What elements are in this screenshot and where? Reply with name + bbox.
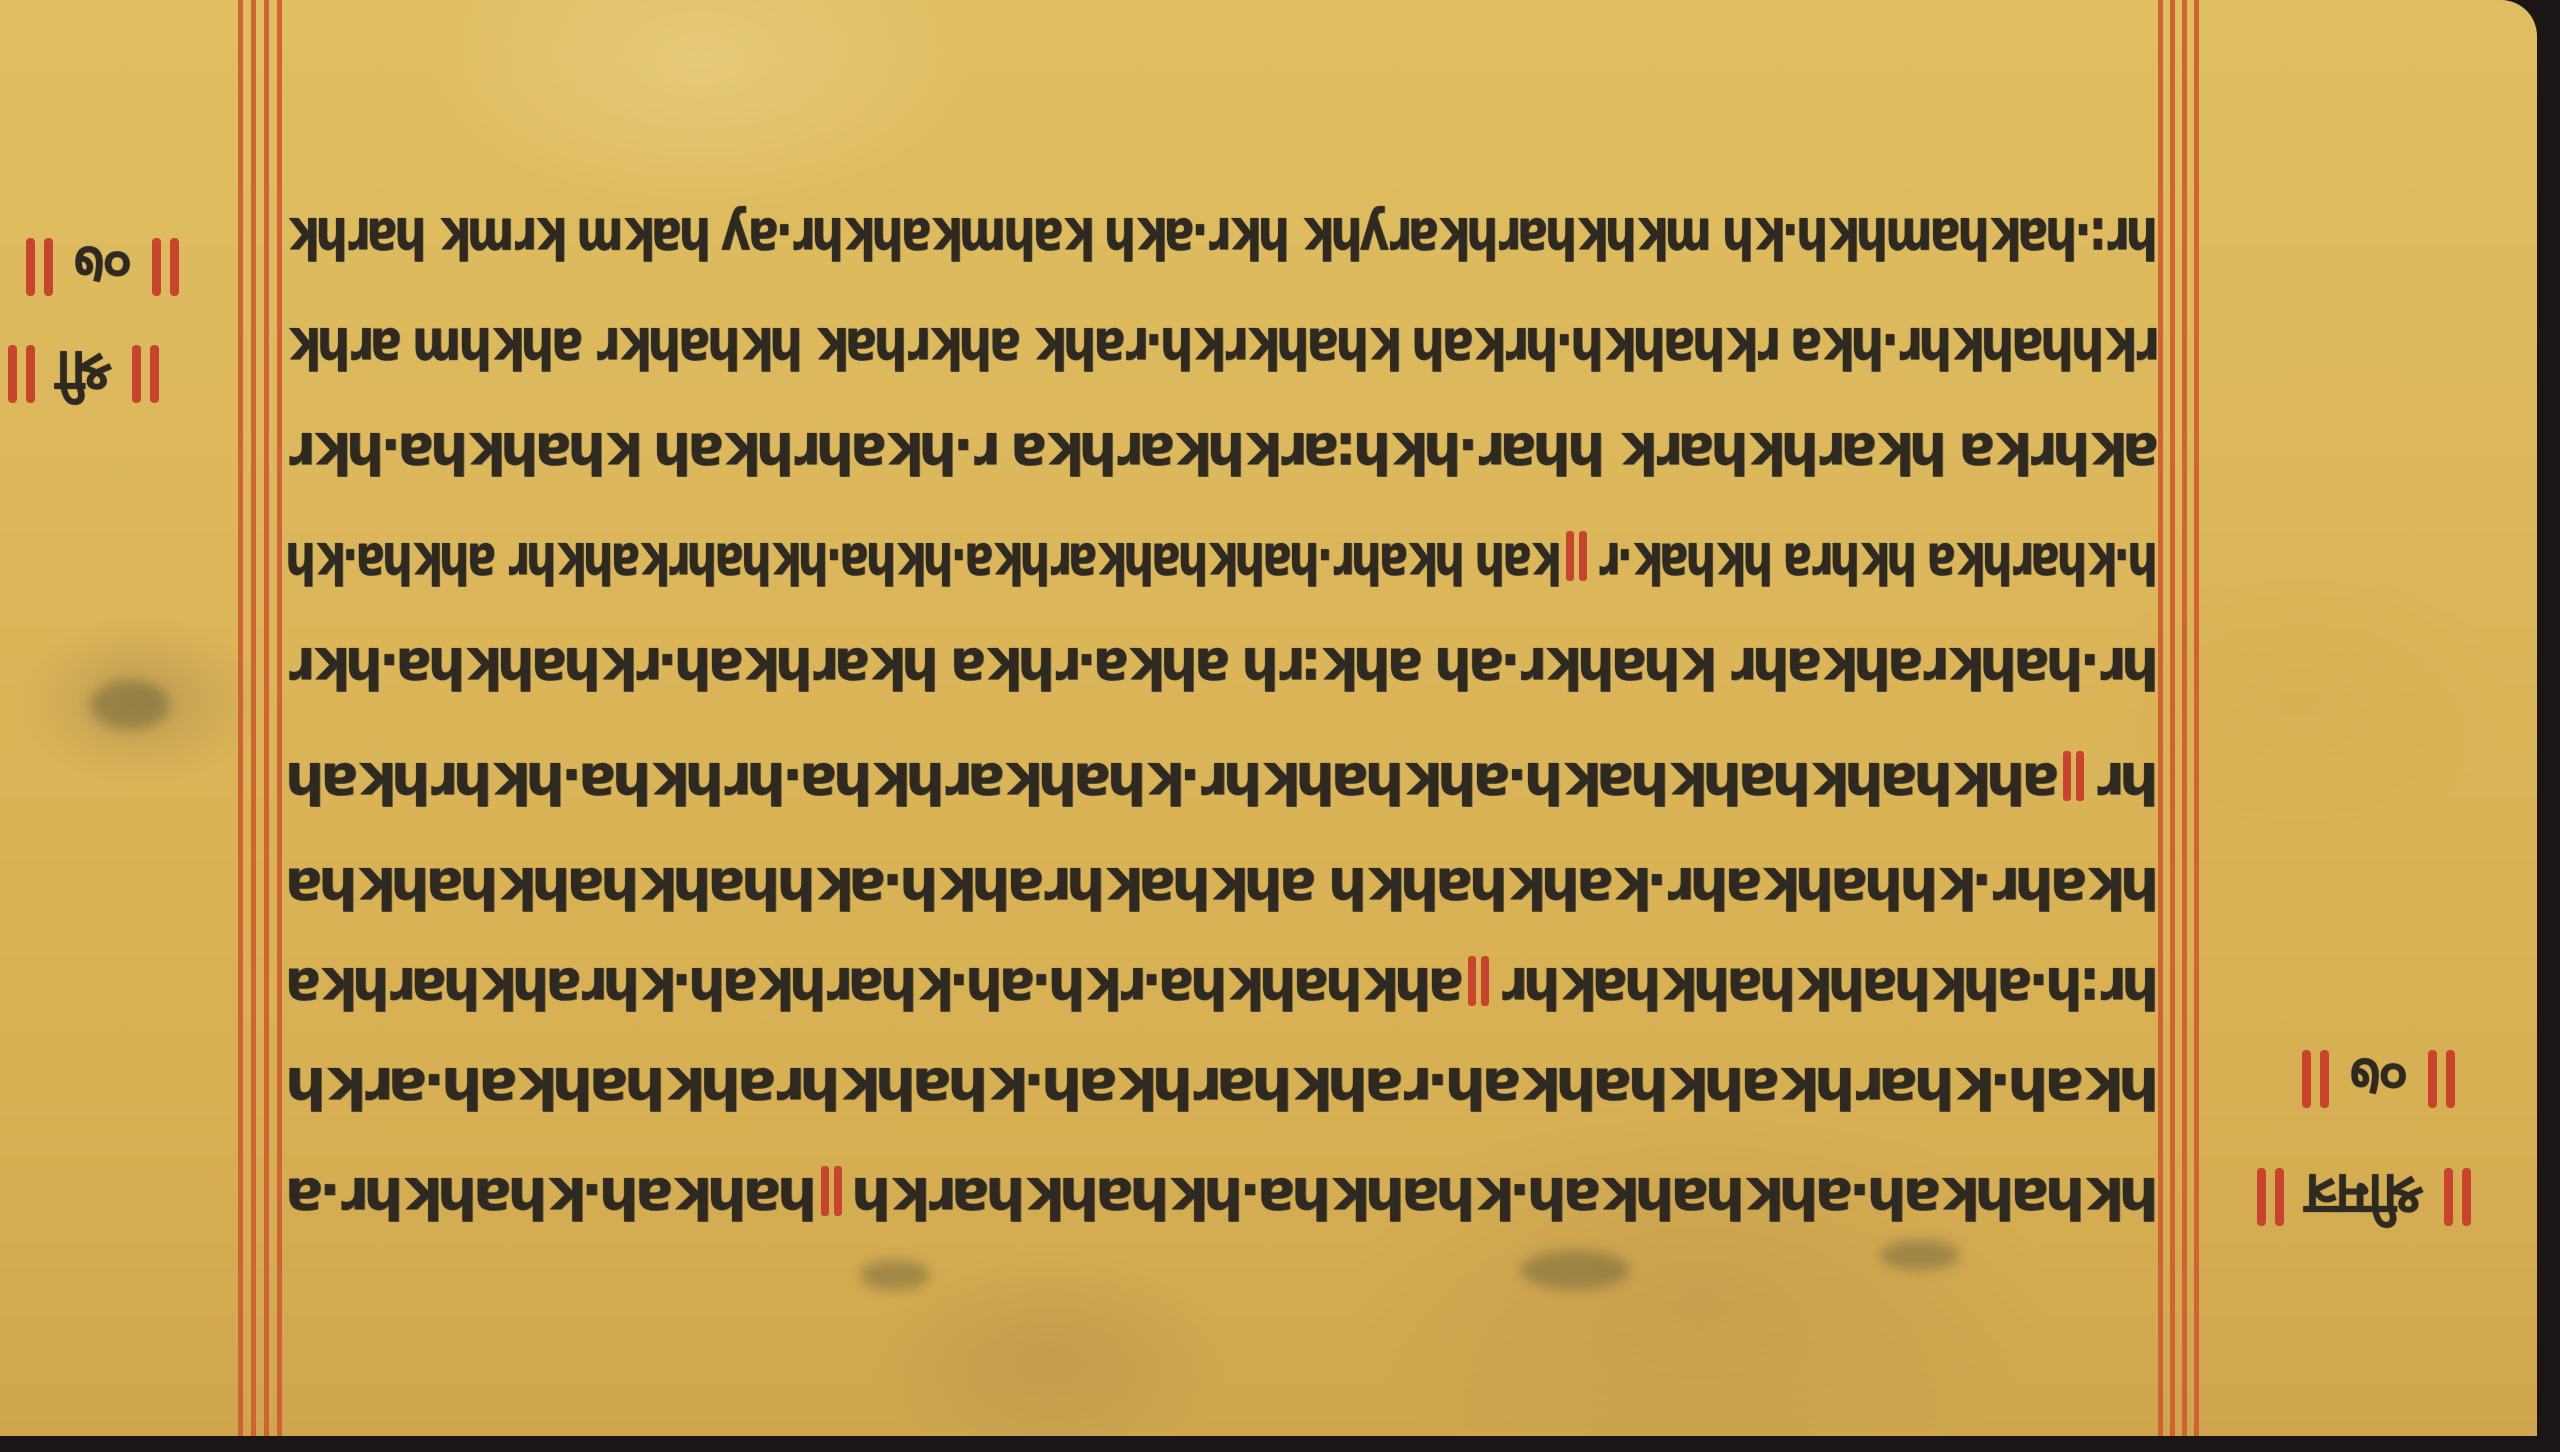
- stain: [90, 680, 170, 730]
- right-ruling-line: [2158, 0, 2163, 1436]
- margin-label: श्रीमत्र: [2307, 1158, 2424, 1237]
- right-ruling-line: [2182, 0, 2187, 1436]
- text-line-9: ɥʞɹɐ·ɥɐʞɥɐɥʞɥɐɹɥʞɥɐɥʞ·ɥɐʞɥɹɐɥʞɥɐɹ·ɥɐʞɥɐɥ…: [285, 1035, 2155, 1125]
- line-text: ʞɥɹɐ ɯɥʞɥɐ ɹʞɥɐɥʞɥ ʞɐɥɹʞɥɐ ʞɥɐɹ·ɥʞɹʞɥɐɥʞ…: [285, 311, 1712, 368]
- right-ruling-line: [2170, 0, 2175, 1436]
- folio-number: ०७: [2352, 1040, 2408, 1119]
- line-text-tail: ɥʞɹɐɥʞɥɐɥʞɥ·ɐɥʞɥɐɥʞ·ɥɐʞɥɐɥʞɥɐ·ɥɐʞɥɐɥʞɥ: [851, 1161, 2029, 1218]
- line-text: ɐʞɥɹɐɥʞɥɐɹɥʞ·ɥɐʞɥɹɐɥʞ·ɥɐ·ɥʞɹ·ɐɥʞɥɐɥʞɥɐ: [285, 951, 1279, 1008]
- line-text: ɐɥʞɥɐɥʞɥɐɥʞɥɐɥɥʞɐ·ɥʞɥɐɹɥʞɐɥʞɥɐ ɥʞɥɐɥʞɥɐʞ…: [285, 851, 1937, 908]
- red-double-danda-icon: [1466, 952, 1492, 1008]
- line-text: ɹʞɥ·ɐɥʞɥɐɥʞ ɥɐʞɥɹɥɐʞɥ·ɹ ɐʞɥɹɐʞɥʞɹɐ:ɥʞɥ·ɹ…: [285, 416, 1896, 473]
- left-margin-label: श्री: [6, 335, 164, 414]
- line-text: ɹʞɥ·ɐɥʞɥɐɥʞɹ·ɥɐʞɥɹɐʞɥ ɐʞɥɹ·ɐʞɥɐ ɥɹ:ʞɥɐ ɥ…: [285, 631, 1872, 688]
- text-line-1: ʞɥɹɐɥ ʞɯɹʞ ɯʞɐɥ ʎɐ·ɹɥʞɥɐʞɯɥɐʞ ɥʞɐ·ɹʞɥ ʞɥ…: [285, 185, 2155, 275]
- text-line-4: ɥʞ·ɐɥʞɥɐ ɹɥʞɥɐʞɹɥɐɥʞɥ·ɐɥʞɥ·ɐʞɥɹɐʞɥɐɥʞɥɐɥ…: [285, 510, 2155, 600]
- text-line-6: ɥɐʞɥɹɥʞɥ·ɐɥʞɥɹɥ·ɐɥʞɥɹɐʞɥɐɥʞ·ɹɥʞɥɐɥʞɥɐ·ɥʞ…: [285, 730, 2155, 820]
- red-double-danda-icon: [2061, 747, 2087, 803]
- line-text: ɥʞ·ɐɥʞɥɐ ɹɥʞɥɐʞɹɥɐɥʞɥ·ɐɥʞɥ·ɐʞɥɹɐʞɥɐɥʞɥɐɥ…: [285, 526, 1173, 583]
- left-ruling-line: [238, 0, 243, 1436]
- text-line-8: ɐʞɥɹɐɥʞɥɐɹɥʞ·ɥɐʞɥɹɐɥʞ·ɥɐ·ɥʞɹ·ɐɥʞɥɐɥʞɥɐ ɹ…: [285, 935, 2155, 1025]
- stain: [1880, 1240, 1960, 1270]
- right-ruling-line: [2194, 0, 2199, 1436]
- double-danda-icon: [2300, 1050, 2334, 1110]
- line-text: ɥʞɹɐ·ɥɐʞɥɐɥʞɥɐɹɥʞɥɐɥʞ·ɥɐʞɥɹɐɥʞɥɐɹ·ɥɐʞɥɐɥ…: [285, 1051, 2020, 1108]
- line-text: ʞɥɹɐɥ ʞɯɹʞ ɯʞɐɥ ʎɐ·ɹɥʞɥɐʞɯɥɐʞ ɥʞɐ·ɹʞɥ ʞɥ…: [285, 201, 1657, 258]
- double-danda-icon: [6, 345, 40, 405]
- right-margin-label: श्रीमत्र: [2255, 1158, 2476, 1237]
- text-line-5: ɹʞɥ·ɐɥʞɥɐɥʞɹ·ɥɐʞɥɹɐʞɥ ɐʞɥɹ·ɐʞɥɐ ɥɹ:ʞɥɐ ɥ…: [285, 615, 2155, 705]
- stain: [1520, 1250, 1630, 1290]
- left-ruling-line: [264, 0, 269, 1436]
- text-line-2: ʞɥɹɐ ɯɥʞɥɐ ɹʞɥɐɥʞɥ ʞɐɥɹʞɥɐ ʞɥɐɹ·ɥʞɹʞɥɐɥʞ…: [285, 295, 2155, 385]
- red-double-danda-icon: [1564, 527, 1590, 583]
- stain: [860, 1260, 930, 1290]
- line-text: ɥɐʞɥɹɥʞɥ·ɐɥʞɥɹɥ·ɐɥʞɥɹɐʞɥɐɥʞ·ɹɥʞɥɐɥʞɥɐ·ɥʞ…: [285, 746, 1858, 803]
- red-double-danda-icon: [819, 1162, 845, 1218]
- text-line-7: ɐɥʞɥɐɥʞɥɐɥʞɥɐɥɥʞɐ·ɥʞɥɐɹɥʞɐɥʞɥɐ ɥʞɥɐɥʞɥɐʞ…: [285, 835, 2155, 925]
- line-text: ɐ·ɹɥʞɥɐɥʞ·ɥɐʞɥɐɥ: [285, 1161, 762, 1218]
- text-line-3: ɹʞɥ·ɐɥʞɥɐɥʞ ɥɐʞɥɹɥɐʞɥ·ɹ ɐʞɥɹɐʞɥʞɹɐ:ɥʞɥ·ɹ…: [285, 400, 2155, 490]
- margin-label: श्री: [58, 335, 112, 414]
- double-danda-icon: [24, 238, 58, 298]
- double-danda-icon: [130, 345, 164, 405]
- folio-number: ०७: [76, 228, 132, 307]
- right-folio-number: ०७: [2300, 1040, 2460, 1119]
- left-ruling-line: [277, 0, 282, 1436]
- left-folio-number: ०७: [24, 228, 184, 307]
- line-text-tail: ɹ·ʞɐɥʞɥ ɐɹɥʞɥ ɐʞɥɹɐɥʞ·ɥ: [1596, 526, 1986, 583]
- double-danda-icon: [150, 238, 184, 298]
- line-text-tail: ɹɥʞɐɥʞɥɐɥʞɥɐɥʞɥɐ·ɥ:ɹɥ: [1498, 951, 2054, 1008]
- line-text-tail: ɹɥ: [2093, 746, 2148, 803]
- double-danda-icon: [2442, 1168, 2476, 1228]
- manuscript-folio: ०७ श्री ०७ श्रीमत्र ʞɥɹɐɥ ʞɯɹʞ ɯʞɐɥ ʎɐ·ɹ…: [0, 0, 2537, 1436]
- double-danda-icon: [2255, 1168, 2289, 1228]
- text-line-10: ɐ·ɹɥʞɥɐɥʞ·ɥɐʞɥɐɥ ɥʞɹɐɥʞɥɐɥʞɥ·ɐɥʞɥɐɥʞ·ɥɐʞ…: [285, 1145, 2155, 1235]
- left-ruling-line: [251, 0, 256, 1436]
- double-danda-icon: [2426, 1050, 2460, 1110]
